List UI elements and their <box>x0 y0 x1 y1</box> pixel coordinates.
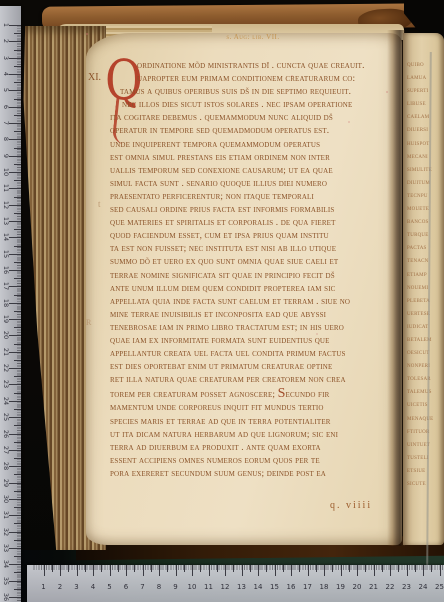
ruler-tick <box>14 82 21 83</box>
ruler-number: 1 <box>41 583 45 591</box>
text-line: nec illos dies sicut istos solares . nec… <box>110 99 398 112</box>
ruler-number: 14 <box>2 232 10 242</box>
text-line: est dies oportebat enim ut primatum crea… <box>110 361 398 374</box>
ruler-tick <box>9 352 21 353</box>
ruler-number: 2 <box>2 36 10 46</box>
ruler-number: 29 <box>2 478 10 488</box>
ruler-tick <box>9 368 21 369</box>
ruler-number: 33 <box>2 543 10 553</box>
ruler-tick <box>110 565 111 576</box>
ruler-tick <box>14 425 21 426</box>
ruler-number: 22 <box>2 363 10 373</box>
ruler-tick <box>407 565 408 576</box>
ruler-tick <box>217 565 218 572</box>
ruler-tick <box>233 565 234 572</box>
facing-text-line: uicetis <box>407 397 443 410</box>
ruler-tick <box>14 197 21 198</box>
ruler-tick <box>9 450 21 451</box>
ruler-tick <box>423 565 424 576</box>
facing-text-line: bancos <box>407 214 443 227</box>
ruler-tick <box>415 565 416 572</box>
ruler-number: 28 <box>2 461 10 471</box>
ruler-tick <box>9 25 21 26</box>
ruler-tick <box>324 565 325 576</box>
ruler-tick <box>14 491 21 492</box>
ruler-tick <box>14 376 21 377</box>
ruler-tick <box>68 565 69 572</box>
ruler-number: 23 <box>402 583 411 591</box>
ruler-number: 23 <box>2 379 10 389</box>
text-line: essent accipiens omnes numeros eorum quo… <box>110 455 398 468</box>
chapter-number: XI. <box>88 72 101 83</box>
ruler-number: 20 <box>2 330 10 340</box>
ruler-tick <box>14 442 21 443</box>
ruler-tick <box>9 286 21 287</box>
ruler-tick <box>126 565 127 576</box>
facing-text-line: tusteli <box>407 450 443 463</box>
ruler-tick <box>9 466 21 467</box>
text-line: pora exereret secundum suum genus; deind… <box>110 468 398 481</box>
ruler-number: 11 <box>204 583 213 591</box>
ruler-tick <box>382 565 383 572</box>
ruler-tick <box>258 565 259 576</box>
text-line: appellata quia inde facta sunt caelum et… <box>110 296 398 309</box>
ruler-tick <box>9 139 21 140</box>
text-line: mamentum unde corporeus inquit fit mundu… <box>110 402 398 415</box>
facing-text-line: quibo <box>407 57 443 70</box>
ruler-number: 3 <box>2 53 10 63</box>
ruler-tick <box>9 41 21 42</box>
ruler-number: 19 <box>336 583 345 591</box>
ruler-number: 6 <box>124 583 128 591</box>
text-line: praesentato perficerentur; non itaque te… <box>110 191 398 204</box>
text-line: est omnia simul prestans eis etiam ordin… <box>110 152 398 165</box>
ruler-number: 12 <box>221 583 230 591</box>
ruler-number: 24 <box>2 396 10 406</box>
facing-text-line: libuse <box>407 96 443 109</box>
parchment-speckles <box>86 33 88 35</box>
ruler-number: 8 <box>157 583 161 591</box>
ruler-tick <box>14 311 21 312</box>
ruler-tick <box>14 262 21 263</box>
ruler-number: 32 <box>2 527 10 537</box>
ruler-number: 14 <box>254 583 263 591</box>
facing-text-line: etsiue <box>407 463 443 476</box>
ruler-number: 1 <box>2 20 10 30</box>
ruler-tick <box>14 148 21 149</box>
margin-mark: R <box>86 318 91 327</box>
ruler-number: 5 <box>2 85 10 95</box>
ruler-number: 15 <box>2 249 10 259</box>
margin-mark: t <box>98 199 101 209</box>
ruler-tick <box>365 565 366 572</box>
ruler-tick <box>349 565 350 572</box>
ruler-tick <box>9 90 21 91</box>
ruler-tick <box>9 483 21 484</box>
ruler-tick <box>398 565 399 572</box>
ruler-tick <box>9 401 21 402</box>
ruler-tick <box>9 532 21 533</box>
facing-text-line: tecnpu <box>407 188 443 201</box>
ruler-tick <box>60 565 61 576</box>
ruler-tick <box>9 221 21 222</box>
horizontal-cm-ruler: 1234567891011121314151617181920212223242… <box>27 565 444 602</box>
ruler-number: 10 <box>188 583 197 591</box>
ruler-number: 13 <box>2 216 10 226</box>
ruler-number: 8 <box>2 134 10 144</box>
text-line: ut ita dicam natura herbarum ad que lign… <box>110 429 398 442</box>
ruler-tick <box>9 384 21 385</box>
ruler-tick <box>14 540 21 541</box>
ruler-tick <box>14 393 21 394</box>
ruler-number: 3 <box>74 583 78 591</box>
ruler-number: 25 <box>435 583 444 591</box>
ruler-tick <box>209 565 210 576</box>
ruler-number: 36 <box>2 592 10 602</box>
ruler-number: 24 <box>419 583 428 591</box>
text-line: species maris et terrae ad que in terra … <box>110 416 398 429</box>
ruler-number: 21 <box>369 583 378 591</box>
ruler-tick <box>341 565 342 576</box>
ruler-tick <box>14 99 21 100</box>
text-line: terrae nomine significata sit quae in pr… <box>110 270 398 283</box>
ruler-tick <box>9 417 21 418</box>
ruler-tick <box>374 565 375 576</box>
ruler-tick <box>192 565 193 576</box>
facing-text-line: nouemi <box>407 280 443 293</box>
facing-text-line: sicute <box>407 476 443 489</box>
ruler-tick <box>9 172 21 173</box>
ruler-tick <box>14 66 21 67</box>
ruler-tick <box>357 565 358 576</box>
ruler-tick <box>9 434 21 435</box>
ruler-tick <box>9 515 21 516</box>
ruler-tick <box>9 319 21 320</box>
ruler-tick <box>440 565 441 576</box>
facing-text-line: turque <box>407 227 443 240</box>
text-line: terra ad diuerbum ea produxit . ante qua… <box>110 442 398 455</box>
ruler-number: 12 <box>2 200 10 210</box>
ruler-tick <box>52 565 53 572</box>
ruler-number: 31 <box>2 510 10 520</box>
ruler-tick <box>159 565 160 576</box>
ruler-tick <box>93 565 94 576</box>
ruler-number: 34 <box>2 559 10 569</box>
facing-text-line: iudicat <box>407 319 443 332</box>
ruler-number: 16 <box>2 265 10 275</box>
text-line: uallis temporum sed conexione causarum; … <box>110 165 398 178</box>
ruler-number: 21 <box>2 347 10 357</box>
ruler-number: 35 <box>2 576 10 586</box>
ruler-number: 17 <box>303 583 312 591</box>
facing-page-sliver: quibolamuasupertilibusecaelamdiuersihuis… <box>403 33 444 545</box>
ruler-number: 9 <box>2 151 10 161</box>
ruler-tick <box>14 474 21 475</box>
ruler-tick <box>14 572 21 573</box>
ruler-tick <box>14 131 21 132</box>
ruler-tick <box>101 565 102 572</box>
text-line: appellantur creata uel facta uel condita… <box>110 348 398 361</box>
ruler-tick <box>250 565 251 572</box>
facing-text-line: diuitum <box>407 175 443 188</box>
ruler-number: 18 <box>320 583 329 591</box>
ruler-number: 19 <box>2 314 10 324</box>
ruler-tick <box>9 499 21 500</box>
ruler-tick <box>14 409 21 410</box>
facing-text-line: ftituor <box>407 424 443 437</box>
facing-text-line: menaque <box>407 411 443 424</box>
ruler-number: 30 <box>2 494 10 504</box>
facing-page-text: quibolamuasupertilibusecaelamdiuersihuis… <box>407 57 443 489</box>
text-line: summo dõ et uero ex quo sunt omnia quae … <box>110 256 398 269</box>
ruler-tick <box>332 565 333 572</box>
quire-signature: q. viiii <box>330 500 372 511</box>
ruler-tick <box>77 565 78 576</box>
text-block: ordinatione mõd ministrantis dĩ . cuncta… <box>110 60 398 481</box>
text-line: quae iam ex informitate formata sunt eui… <box>110 335 398 348</box>
facing-text-line: talemus <box>407 384 443 397</box>
ruler-number: 4 <box>2 69 10 79</box>
ruler-tick <box>14 556 21 557</box>
ruler-tick <box>14 115 21 116</box>
ruler-tick <box>151 565 152 572</box>
text-line: torem per creaturam posset agnoscere; Se… <box>110 387 398 402</box>
ruler-number: 11 <box>2 183 10 193</box>
text-line: uapropter eum primam conditionem creatur… <box>110 73 398 86</box>
ruler-tick <box>14 589 21 590</box>
facing-text-line: tenacn <box>407 253 443 266</box>
ruler-tick <box>9 597 21 598</box>
ruler-number: 27 <box>2 445 10 455</box>
facing-text-line: betalem <box>407 332 443 345</box>
ruler-tick <box>299 565 300 572</box>
ruler-tick <box>118 565 119 572</box>
ruler-tick <box>14 164 21 165</box>
facing-text-line: mecani <box>407 149 443 162</box>
ruler-tick <box>200 565 201 572</box>
facing-text-line: etiamp <box>407 267 443 280</box>
ruler-tick <box>9 123 21 124</box>
ruler-number: 6 <box>2 102 10 112</box>
text-line: simul facta sunt . senario quoque illius… <box>110 178 398 191</box>
facing-text-line: lamua <box>407 70 443 83</box>
ruler-tick <box>14 213 21 214</box>
ruler-tick <box>9 254 21 255</box>
text-line: unde inquiperent tempora quemammodum ope… <box>110 139 398 152</box>
ruler-tick <box>14 50 21 51</box>
ruler-tick <box>14 327 21 328</box>
ruler-tick <box>9 548 21 549</box>
text-line: que materies et spiritalis et corporalis… <box>110 217 398 230</box>
ruler-number: 17 <box>2 281 10 291</box>
manuscript-photo: quibolamuasupertilibusecaelamdiuersihuis… <box>0 0 444 602</box>
facing-text-line: huispot <box>407 136 443 149</box>
facing-text-line: plebeta <box>407 293 443 306</box>
ruler-tick <box>14 360 21 361</box>
ruler-number: 10 <box>2 167 10 177</box>
ruler-tick <box>275 565 276 576</box>
text-line: sed causali ordine prius facta est infor… <box>110 204 398 217</box>
ruler-tick <box>9 188 21 189</box>
facing-text-line: superti <box>407 83 443 96</box>
facing-text-line: oesicut <box>407 345 443 358</box>
ruler-number: 9 <box>173 583 177 591</box>
vertical-cm-ruler: 1234567891011121314151617181920212223242… <box>0 6 21 602</box>
ruler-tick <box>9 564 21 565</box>
ruler-tick <box>176 565 177 576</box>
text-line: ret illa natura quae creaturam per creat… <box>110 374 398 387</box>
ruler-tick <box>9 156 21 157</box>
ruler-number: 26 <box>2 429 10 439</box>
ruler-tick <box>316 565 317 572</box>
ruler-number: 22 <box>386 583 395 591</box>
ruler-tick <box>9 58 21 59</box>
ruler-tick <box>242 565 243 576</box>
ruler-tick <box>44 565 45 576</box>
ruler-tick <box>14 229 21 230</box>
ruler-tick <box>14 458 21 459</box>
ruler-tick <box>390 565 391 576</box>
ruler-number: 16 <box>287 583 296 591</box>
facing-text-line: pactas <box>407 240 443 253</box>
ruler-number: 5 <box>107 583 111 591</box>
ruler-tick <box>266 565 267 572</box>
text-line: tamus a quibus operibus suis dš in die s… <box>110 86 398 99</box>
ruler-tick <box>431 565 432 572</box>
ruler-number: 15 <box>270 583 279 591</box>
ruler-tick <box>14 295 21 296</box>
facing-text-line: mouete <box>407 201 443 214</box>
facing-text-line: uintuet <box>407 437 443 450</box>
ruler-number: 7 <box>140 583 144 591</box>
text-line: tenebrosae iam in primo libro tractatum … <box>110 322 398 335</box>
text-line: operatur in tempore sed quemadmodum oper… <box>110 125 398 138</box>
ruler-tick <box>225 565 226 576</box>
ruler-tick <box>9 74 21 75</box>
ruler-number: 18 <box>2 298 10 308</box>
ruler-tick <box>9 581 21 582</box>
text-line: quod faciendum esset, cum et ipsa prius … <box>110 230 398 243</box>
ruler-tick <box>14 507 21 508</box>
facing-text-line: simulite <box>407 162 443 175</box>
ruler-tick <box>184 565 185 572</box>
ruler-number: 2 <box>58 583 62 591</box>
ruler-number: 13 <box>237 583 246 591</box>
text-line: ante unum illum diem quem condidit propt… <box>110 283 398 296</box>
ruler-number: 25 <box>2 412 10 422</box>
ruler-tick <box>9 205 21 206</box>
text-line: ita cogitare debemus . quemammodum nunc … <box>110 112 398 125</box>
ruler-tick <box>85 565 86 572</box>
ruler-tick <box>291 565 292 576</box>
ruler-tick <box>143 565 144 576</box>
ruler-tick <box>9 303 21 304</box>
ruler-tick <box>14 33 21 34</box>
ruler-number: 4 <box>91 583 95 591</box>
ruler-tick <box>134 565 135 572</box>
ruler-number: 20 <box>353 583 362 591</box>
text-line: ordinatione mõd ministrantis dĩ . cuncta… <box>110 60 398 73</box>
ruler-tick <box>14 180 21 181</box>
facing-text-line: uertese <box>407 306 443 319</box>
ruler-number: 7 <box>2 118 10 128</box>
facing-text-line: tolesar <box>407 371 443 384</box>
facing-text-line: diuersi <box>407 122 443 135</box>
header-annotation: s. Aug: lib. VII. <box>188 33 318 41</box>
ruler-tick <box>308 565 309 576</box>
ruler-tick <box>9 270 21 271</box>
text-line: mine terrae inuisibilis et inconposita e… <box>110 309 398 322</box>
ruler-tick <box>14 246 21 247</box>
ruler-tick <box>9 237 21 238</box>
facing-text-line: caelam <box>407 109 443 122</box>
ruler-tick <box>283 565 284 572</box>
ruler-tick <box>167 565 168 572</box>
ruler-tick <box>14 523 21 524</box>
text-line: ta est non fuisset; nec instituta est ni… <box>110 243 398 256</box>
ruler-tick <box>14 344 21 345</box>
ruler-tick <box>9 335 21 336</box>
facing-text-line: nonperi <box>407 358 443 371</box>
ruler-tick <box>9 107 21 108</box>
ruler-tick <box>14 278 21 279</box>
